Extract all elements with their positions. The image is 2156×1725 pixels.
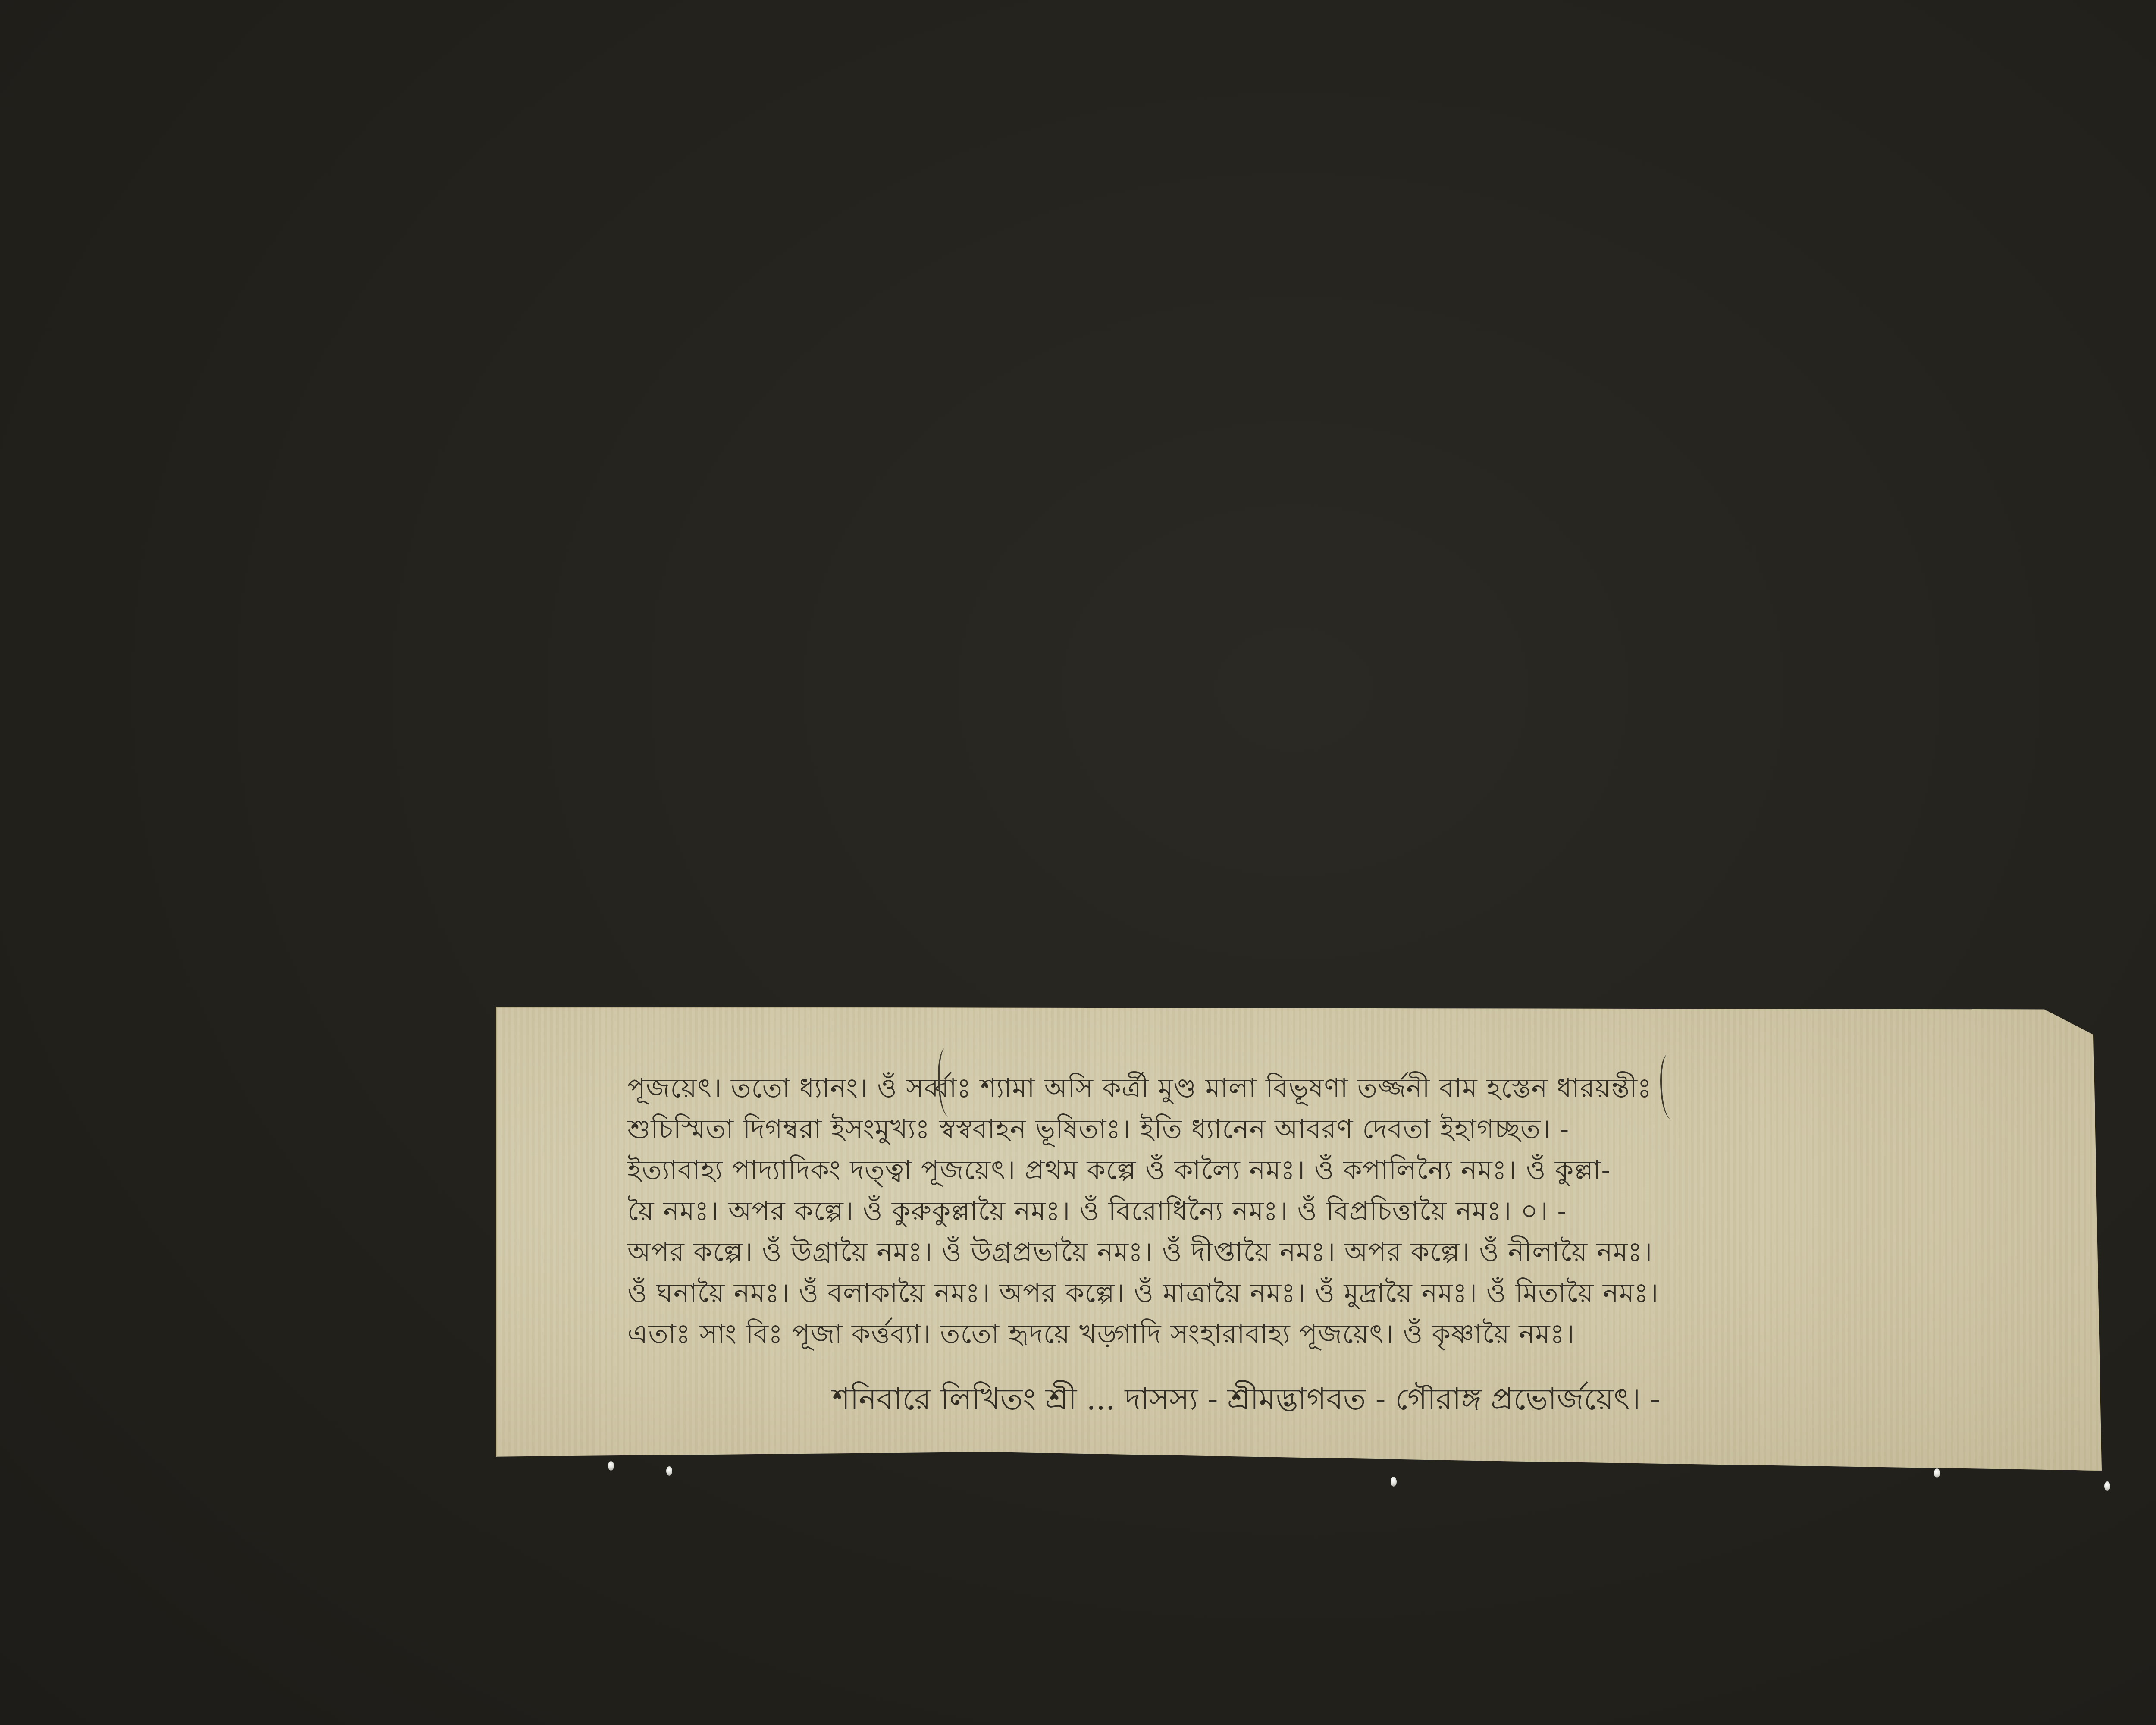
manuscript-line-7: এতাঃ সাং বিঃ পূজা কর্ত্তব্যা। ততো হৃদয়ে… [627,1313,2024,1354]
manuscript-line-5: অপর কল্পে। ওঁ উগ্রায়ৈ নমঃ। ওঁ উগ্রপ্রভা… [627,1231,2024,1272]
mounting-pin [666,1466,672,1476]
manuscript-line-2: শুচিস্মিতা দিগম্বরা ইসংমুখ্যঃ স্বস্ববাহন… [627,1108,2024,1149]
manuscript-line-6: ওঁ ঘনায়ৈ নমঃ। ওঁ বলাকায়ৈ নমঃ। অপর কল্প… [627,1272,2024,1313]
mounting-pin [1934,1468,1940,1478]
manuscript-line-1: পূজয়েৎ। ততো ধ্যানং। ওঁ সর্ব্বাঃ শ্যামা … [627,1067,2024,1108]
manuscript-text: পূজয়েৎ। ততো ধ্যানং। ওঁ সর্ব্বাঃ শ্যামা … [627,1067,2024,1354]
mounting-pin [2104,1481,2110,1491]
mounting-pin [608,1461,614,1471]
manuscript-leaf: পূজয়েৎ। ততো ধ্যানং। ওঁ সর্ব্বাঃ শ্যামা … [496,1007,2134,1471]
manuscript-line-4: য়ৈ নমঃ। অপর কল্পে। ওঁ কুরুকুল্লায়ৈ নমঃ… [627,1190,2024,1231]
colophon-line: শনিবারে লিখিতং শ্রী ... দাসস্য - শ্রীমদ্… [832,1376,1661,1426]
manuscript-line-3: ইত্যাবাহ্য পাদ্যাদিকং দত্ত্বা পূজয়েৎ। প… [627,1149,2024,1190]
mounting-pin [1391,1477,1397,1487]
